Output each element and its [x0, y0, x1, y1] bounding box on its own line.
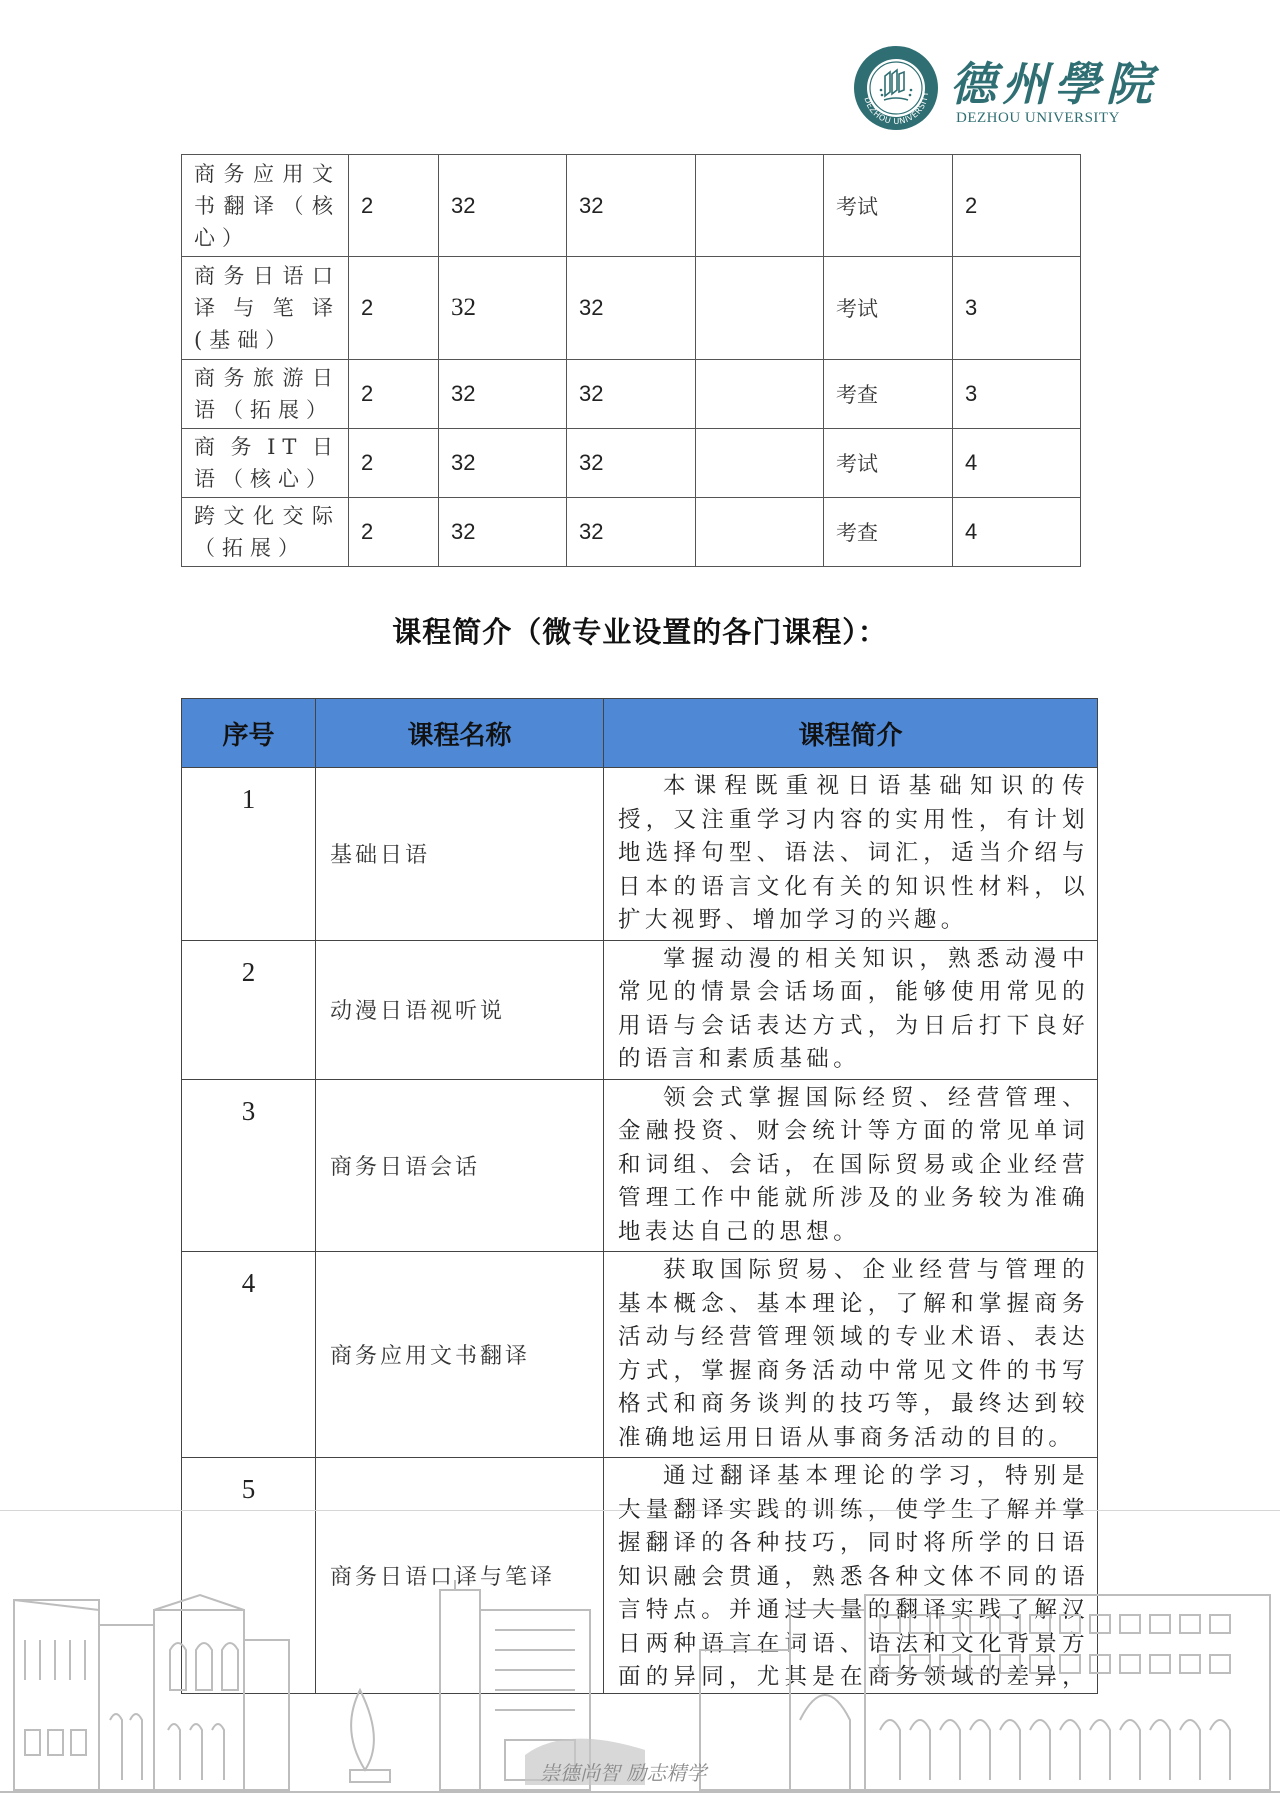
- course-name: 商务应用文书翻译（核心）: [182, 155, 349, 257]
- course-credit-table: 商务应用文书翻译（核心） 2 32 32 考试 2 商务日语口译与笔译(基础） …: [181, 154, 1081, 567]
- assessment-type: 考试: [824, 429, 953, 498]
- practice-hours: [696, 155, 824, 257]
- assessment-type: 考试: [824, 257, 953, 360]
- svg-text:崇德尚智 励志精学: 崇德尚智 励志精学: [540, 1761, 709, 1785]
- course-name: 商务日语口译与笔译(基础）: [182, 257, 349, 360]
- course-description: 本课程既重视日语基础知识的传授，又注重学习内容的实用性，有计划地选择句型、语法、…: [604, 768, 1098, 941]
- total-hours: 32: [439, 155, 567, 257]
- university-seal-icon: DEZHOU UNIVERSITY: [852, 44, 940, 132]
- page-break-line: [0, 1510, 1280, 1511]
- practice-hours: [696, 498, 824, 567]
- course-description: 领会式掌握国际经贸、经营管理、金融投资、财会统计等方面的常见单词和词组、会话，在…: [604, 1079, 1098, 1252]
- semester: 3: [953, 257, 1081, 360]
- logo-chinese-name: 德州學院: [950, 48, 1158, 114]
- total-hours: 32: [439, 498, 567, 567]
- credits: 2: [349, 498, 439, 567]
- table-row: 1 基础日语 本课程既重视日语基础知识的传授，又注重学习内容的实用性，有计划地选…: [182, 768, 1098, 941]
- table-row: 2 动漫日语视听说 掌握动漫的相关知识，熟悉动漫中常见的情景会话场面，能够使用常…: [182, 940, 1098, 1079]
- theory-hours: 32: [567, 155, 696, 257]
- theory-hours: 32: [567, 360, 696, 429]
- course-name: 商务旅游日语（拓展）: [182, 360, 349, 429]
- table-row: 跨文化交际（拓展） 2 32 32 考查 4: [182, 498, 1081, 567]
- table-header-row: 序号 课程名称 课程简介: [182, 699, 1098, 768]
- course-name: 基础日语: [316, 768, 604, 941]
- course-name: 商务IT日语（核心）: [182, 429, 349, 498]
- practice-hours: [696, 257, 824, 360]
- table-row: 商务旅游日语（拓展） 2 32 32 考查 3: [182, 360, 1081, 429]
- course-description: 掌握动漫的相关知识，熟悉动漫中常见的情景会话场面，能够使用常见的用语与会话表达方…: [604, 940, 1098, 1079]
- practice-hours: [696, 360, 824, 429]
- campus-buildings-illustration: 崇德尚智 励志精学: [0, 1580, 1280, 1810]
- course-intro-table: 序号 课程名称 课程简介 1 基础日语 本课程既重视日语基础知识的传授，又注重学…: [181, 698, 1098, 1694]
- total-hours: 32: [439, 360, 567, 429]
- total-hours: 32: [439, 257, 567, 360]
- row-index: 4: [182, 1252, 316, 1458]
- header-index: 序号: [182, 699, 316, 768]
- header-course-name: 课程名称: [316, 699, 604, 768]
- theory-hours: 32: [567, 257, 696, 360]
- university-logo: DEZHOU UNIVERSITY 德州學院 DEZHOU UNIVERSITY: [852, 44, 1132, 134]
- row-index: 3: [182, 1079, 316, 1252]
- table-row: 商务IT日语（核心） 2 32 32 考试 4: [182, 429, 1081, 498]
- semester: 4: [953, 429, 1081, 498]
- credits: 2: [349, 257, 439, 360]
- semester: 4: [953, 498, 1081, 567]
- logo-english-name: DEZHOU UNIVERSITY: [956, 110, 1120, 127]
- credits: 2: [349, 155, 439, 257]
- course-name: 动漫日语视听说: [316, 940, 604, 1079]
- course-name: 商务日语会话: [316, 1079, 604, 1252]
- assessment-type: 考查: [824, 498, 953, 567]
- theory-hours: 32: [567, 498, 696, 567]
- course-name: 商务应用文书翻译: [316, 1252, 604, 1458]
- course-name: 跨文化交际（拓展）: [182, 498, 349, 567]
- semester: 2: [953, 155, 1081, 257]
- table-row: 3 商务日语会话 领会式掌握国际经贸、经营管理、金融投资、财会统计等方面的常见单…: [182, 1079, 1098, 1252]
- assessment-type: 考查: [824, 360, 953, 429]
- credits: 2: [349, 360, 439, 429]
- theory-hours: 32: [567, 429, 696, 498]
- credits: 2: [349, 429, 439, 498]
- table-row: 商务日语口译与笔译(基础） 2 32 32 考试 3: [182, 257, 1081, 360]
- section-title: 课程简介（微专业设置的各门课程）：: [0, 610, 1280, 651]
- assessment-type: 考试: [824, 155, 953, 257]
- row-index: 2: [182, 940, 316, 1079]
- practice-hours: [696, 429, 824, 498]
- table-row: 商务应用文书翻译（核心） 2 32 32 考试 2: [182, 155, 1081, 257]
- course-description: 获取国际贸易、企业经营与管理的基本概念、基本理论，了解和掌握商务活动与经营管理领…: [604, 1252, 1098, 1458]
- total-hours: 32: [439, 429, 567, 498]
- row-index: 1: [182, 768, 316, 941]
- table-row: 4 商务应用文书翻译 获取国际贸易、企业经营与管理的基本概念、基本理论，了解和掌…: [182, 1252, 1098, 1458]
- semester: 3: [953, 360, 1081, 429]
- header-course-intro: 课程简介: [604, 699, 1098, 768]
